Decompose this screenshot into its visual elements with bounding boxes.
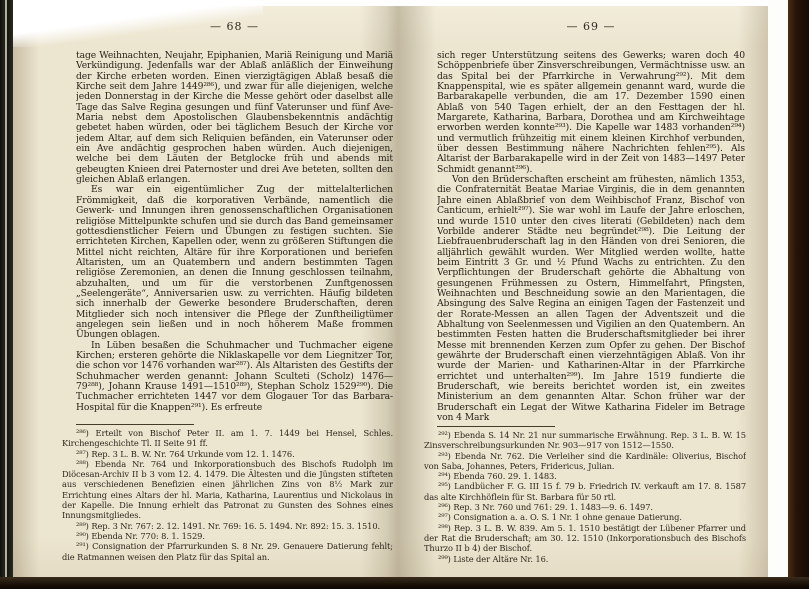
paragraph: Es war ein eigentümlicher Zug der mittel… [76,185,393,340]
paragraph: Von den Brüderschaften erscheint am früh… [437,175,745,423]
book-cover-edge-right [788,0,809,589]
footnote: ²⁹⁹) Liste der Altäre Nr. 16. [424,554,746,564]
footnote-rule-left [76,424,194,425]
footnote: ²⁸⁸) Ebenda Nr. 764 und Inkorporationsbu… [62,459,393,521]
footnote: ²⁸⁷) Rep. 3 L. B. W. Nr. 764 Urkunde vom… [62,449,393,459]
footnote: ²⁹⁴) Ebenda 760. 29. 1. 1483. [424,471,746,481]
footnote: ²⁹¹) Consignation der Pfarrurkunden S. 8… [62,541,393,562]
footnote: ²⁹⁵) Landbücher F. G. III 15 f. 79 b. Fr… [424,481,746,502]
body-text-right: sich reger Unterstützung seitens des Gew… [437,51,745,424]
footnote: ²⁹⁷) Consignation a. a. O. S. 1 Nr. 1 oh… [424,512,746,522]
page-number-left: — 68 — [76,20,393,33]
footnotes-right: ²⁹²) Ebenda S. 14 Nr. 21 nur summarische… [424,430,746,570]
footnotes-left: ²⁸⁶) Erteilt von Bischof Peter II. am 1.… [62,428,393,570]
book-cover-edge-bottom [0,577,809,589]
body-text-left: tage Weihnachten, Neujahr, Epiphanien, M… [76,51,393,424]
paragraph: In Lüben besaßen die Schuhmacher und Tuc… [76,341,393,413]
scan-edge-left-line [5,0,7,589]
footnote: ²⁹⁸) Rep. 3 L. B. W. 839. Am 5. 1. 1510 … [424,523,746,554]
book-scan: { "colors": { "paper": "#ece5d0", "ink":… [0,0,809,589]
footnote: ²⁹³) Ebenda Nr. 762. Die Verleiher sind … [424,451,746,472]
paragraph: tage Weihnachten, Neujahr, Epiphanien, M… [76,51,393,185]
footnote: ²⁹²) Ebenda S. 14 Nr. 21 nur summarische… [424,430,746,451]
paragraph: sich reger Unterstützung seitens des Gew… [437,51,745,175]
footnote-rule-right [437,426,555,427]
footnote: ²⁹⁰) Ebenda Nr. 770: 8. 1. 1529. [62,531,393,541]
page-number-right: — 69 — [437,20,745,33]
footnote: ²⁸⁶) Erteilt von Bischof Peter II. am 1.… [62,428,393,449]
footnote: ²⁹⁶) Rep. 3 Nr. 760 und 761: 29. 1. 1483… [424,502,746,512]
scan-background-right [768,0,790,589]
footnote: ²⁸⁹) Rep. 3 Nr. 767: 2. 12. 1491. Nr. 76… [62,521,393,531]
